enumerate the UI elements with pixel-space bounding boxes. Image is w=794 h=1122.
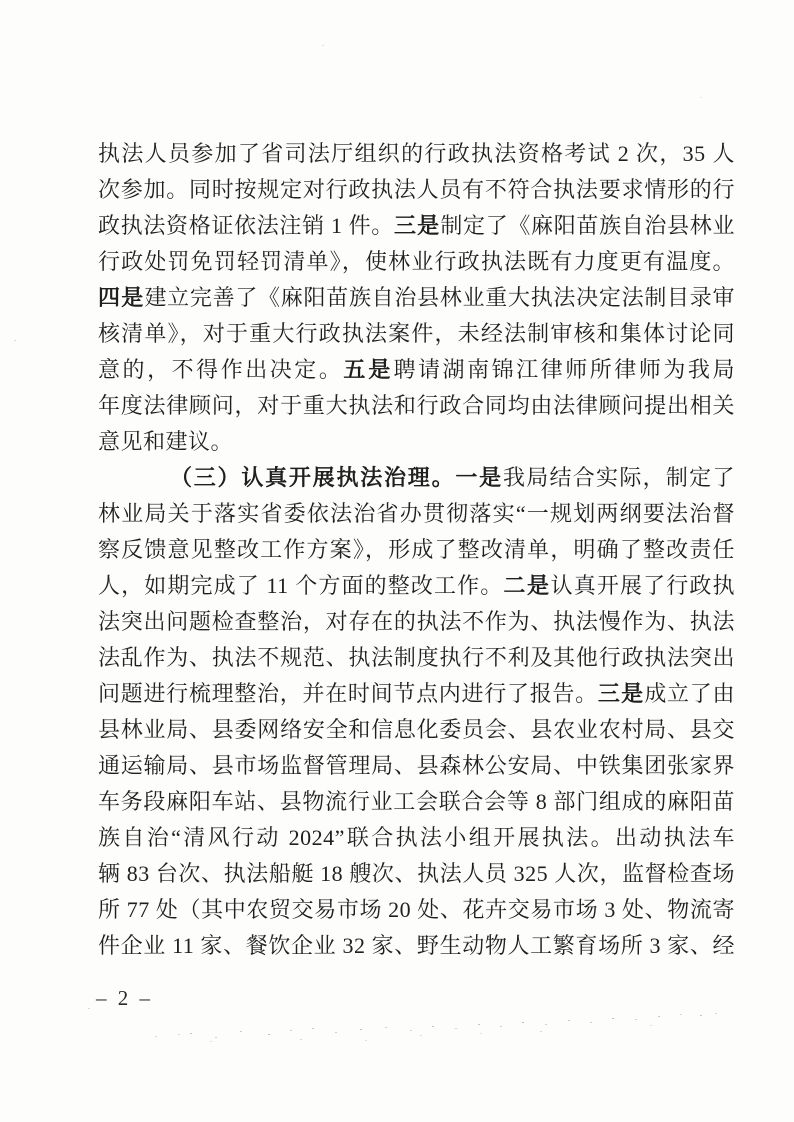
text-run: 件企业 11 家、餐饮企业 32 家、野生动物人工繁育场所 3 家、经 [98,933,735,958]
text-line: 执法人员参加了省司法厅组织的行政执法资格考试 2 次，35 人 [98,136,735,172]
text-line: 法乱作为、执法不规范、执法制度执行不利及其他行政执法突出 [98,640,735,676]
text-run: 意见和建议。 [98,429,233,454]
text-line: 意的，不得作出决定。五是聘请湖南锦江律师所律师为我局 2024 [98,352,735,388]
text-line: 族自治“清风行动 2024”联合执法小组开展执法。出动执法车 [98,820,735,856]
text-run: 法乱作为、执法不规范、执法制度执行不利及其他行政执法突出 [98,645,735,670]
text-run: 林业局关于落实省委依法治省办贯彻落实“一规划两纲要法治督 [98,501,735,526]
text-line: 县林业局、县委网络安全和信息化委员会、县农业农村局、县交 [98,712,735,748]
text-run: 行政处罚免罚轻罚清单》，使林业行政执法既有力度更有温度。 [98,249,735,274]
text-line: （三）认真开展执法治理。一是我局结合实际，制定了《县 [98,460,735,496]
scanned-document-page: 执法人员参加了省司法厅组织的行政执法资格考试 2 次，35 人次参加。同时按规定… [0,0,794,1122]
text-run: 族自治“清风行动 2024”联合执法小组开展执法。出动执法车 [98,825,735,850]
text-line: 意见和建议。 [98,424,735,460]
text-run: 车务段麻阳车站、县物流行业工会联合会等 8 部门组成的麻阳苗 [98,789,735,814]
text-line: 年度法律顾问，对于重大执法和行政合同均由法律顾问提出相关 [98,388,735,424]
bold-run: 五是 [343,357,393,382]
text-line: 察反馈意见整改工作方案》，形成了整改清单，明确了整改责任 [98,532,735,568]
text-run: 成立了由 [644,681,735,706]
text-run: 政执法资格证依法注销 1 件。 [98,213,394,238]
text-run: 察反馈意见整改工作方案》，形成了整改清单，明确了整改责任 [98,537,735,562]
text-line: 通运输局、县市场监督管理局、县森林公安局、中铁集团张家界 [98,748,735,784]
document-body: 执法人员参加了省司法厅组织的行政执法资格考试 2 次，35 人次参加。同时按规定… [98,136,735,964]
bold-run: 三是 [394,213,440,238]
text-line: 行政处罚免罚轻罚清单》，使林业行政执法既有力度更有温度。 [98,244,735,280]
text-run: 制定了《麻阳苗族自治县林业 [440,213,735,238]
text-run: 意的，不得作出决定。 [98,357,343,382]
text-line: 车务段麻阳车站、县物流行业工会联合会等 8 部门组成的麻阳苗 [98,784,735,820]
text-run: 核清单》，对于重大行政执法案件，未经法制审核和集体讨论同 [98,321,735,346]
bold-run: 二是 [503,573,550,598]
page-number: – 2 – [96,986,153,1010]
scan-noise-artifact [0,0,2,1]
text-run: 问题进行梳理整治，并在时间节点内进行了报告。 [98,681,598,706]
bold-run: 三是 [598,681,644,706]
text-run: 所 77 处（其中农贸交易市场 20 处、花卉交易市场 3 处、物流寄 [98,897,735,922]
text-line: 所 77 处（其中农贸交易市场 20 处、花卉交易市场 3 处、物流寄 [98,892,735,928]
text-run: 执法人员参加了省司法厅组织的行政执法资格考试 2 次，35 人 [98,141,735,166]
text-run: 人，如期完成了 11 个方面的整改工作。 [98,573,503,598]
bold-run: （三）认真开展执法治理。 [170,465,455,490]
bold-run: 一是 [455,465,503,490]
text-run: 建立完善了《麻阳苗族自治县林业重大执法决定法制目录审 [144,285,735,310]
text-run: 年度法律顾问，对于重大执法和行政合同均由法律顾问提出相关 [98,393,735,418]
text-line: 政执法资格证依法注销 1 件。三是制定了《麻阳苗族自治县林业 [98,208,735,244]
text-run: 辆 83 台次、执法船艇 18 艘次、执法人员 325 人次，监督检查场 [98,861,735,886]
text-line: 辆 83 台次、执法船艇 18 艘次、执法人员 325 人次，监督检查场 [98,856,735,892]
text-line: 法突出问题检查整治，对存在的执法不作为、执法慢作为、执法 [98,604,735,640]
text-line: 四是建立完善了《麻阳苗族自治县林业重大执法决定法制目录审 [98,280,735,316]
page-footer: – 2 – [96,986,153,1011]
text-run: 次参加。同时按规定对行政执法人员有不符合执法要求情形的行 [98,177,735,202]
text-run: 法突出问题检查整治，对存在的执法不作为、执法慢作为、执法 [98,609,735,634]
text-line: 件企业 11 家、餐饮企业 32 家、野生动物人工繁育场所 3 家、经 [98,928,735,964]
text-line: 人，如期完成了 11 个方面的整改工作。二是认真开展了行政执 [98,568,735,604]
text-line: 次参加。同时按规定对行政执法人员有不符合执法要求情形的行 [98,172,735,208]
text-run: 认真开展了行政执 [551,573,735,598]
bold-run: 四是 [98,285,144,310]
text-line: 问题进行梳理整治，并在时间节点内进行了报告。三是成立了由 [98,676,735,712]
text-run: 通运输局、县市场监督管理局、县森林公安局、中铁集团张家界 [98,753,735,778]
text-line: 核清单》，对于重大行政执法案件，未经法制审核和集体讨论同 [98,316,735,352]
text-line: 林业局关于落实省委依法治省办贯彻落实“一规划两纲要法治督 [98,496,735,532]
text-run: 县林业局、县委网络安全和信息化委员会、县农业农村局、县交 [98,717,735,742]
